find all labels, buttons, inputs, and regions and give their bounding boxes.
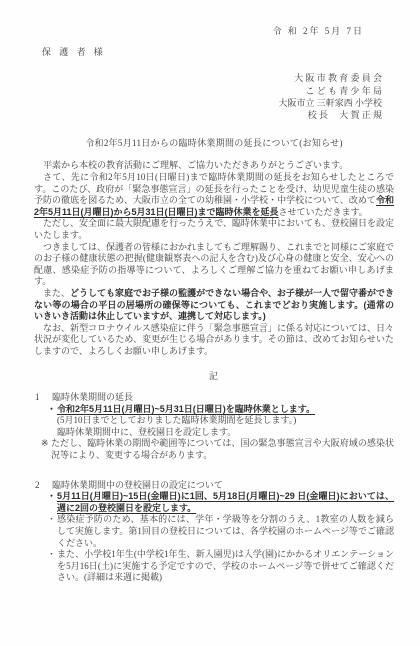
childcare-lead: また、 bbox=[43, 288, 70, 298]
issue-date: 令 和 2年 5月 7日 bbox=[34, 26, 364, 38]
document-page: 令 和 2年 5月 7日 保 護 者 様 大 阪 市 教 育 委 員 会 こ ど… bbox=[0, 0, 420, 646]
section-1-number: 1 bbox=[34, 392, 52, 404]
infection-prevention-bullet: ・ 感染症予防のため、基本的には、学年・学級等を分割のうえ、1教室の人数を減らし… bbox=[47, 514, 394, 549]
section-2-title: 臨時休業期間中の登校園日の設定について bbox=[52, 480, 223, 492]
bullet-marker: ・ bbox=[47, 549, 57, 584]
orientation-bullet: ・ また、小学校1年生(中学校1年生、新入園児)は入学(園)にかかるオリエンテー… bbox=[47, 549, 394, 584]
childcare-emphasis: どうしても家庭でお子様の監護ができない場合や、お子様が一人で留守番ができない等の… bbox=[34, 288, 394, 321]
sender-line-principal: 校 長 大 賀 正 規 bbox=[34, 109, 382, 121]
bullet-marker: ・ bbox=[47, 491, 57, 514]
closure-previous-period-note: (5月10日までとしておりました臨時休業期間を延長します。) bbox=[57, 415, 394, 427]
document-title: 令和2年5月11日からの臨時休業期間の延長について(お知らせ) bbox=[34, 138, 394, 150]
paragraph-greeting: 平素から本校の教育活動にご理解、ご協力いただきありがとうございます。 bbox=[34, 160, 394, 172]
attendance-day-setting-note: 臨時休業期間中に、登校園日を設定します。 bbox=[57, 427, 394, 439]
closure-dates-text: 令和2年5月11日(月曜日)~5月31日(日曜日)を臨時休業とします。 bbox=[57, 404, 394, 416]
section-attendance-days: 2 臨時休業期間中の登校園日の設定について ・ 5月11日(月曜日)~15日(金… bbox=[34, 480, 394, 584]
paragraph-closure-extension: さて、先に令和2年5月10日(日曜日)まで臨時休業期間の延長をお知らせしたところ… bbox=[34, 172, 394, 218]
closure-extension-tail: させていただきます。 bbox=[279, 207, 368, 217]
record-marker: 記 bbox=[34, 371, 394, 383]
paragraph-notice-changes: なお、新型コロナウイルス感染症に伴う「緊急事態宣言」に係る対応については、日々状… bbox=[34, 323, 394, 358]
section-1-heading: 1 臨時休業期間の延長 bbox=[34, 392, 394, 404]
section-2-heading: 2 臨時休業期間中の登校園日の設定について bbox=[34, 480, 394, 492]
section-1-title: 臨時休業期間の延長 bbox=[52, 392, 133, 404]
paragraph-attendance-days: ただし、安全面に最大限配慮を行ったうえで、臨時休業中においても、登校園日を設定い… bbox=[34, 218, 394, 241]
bullet-marker: ・ bbox=[47, 404, 57, 416]
section-closure-extension: 1 臨時休業期間の延長 ・ 令和2年5月11日(月曜日)~5月31日(日曜日)を… bbox=[34, 392, 394, 462]
health-request-text: つきましては、保護者の皆様におかれましてもご理解賜り、これまでと同様にご家庭での… bbox=[34, 242, 394, 287]
caveat-note-text: ただし、臨時休業の期間や範囲等については、国の緊急事態宣言や大阪府域の感染状況等… bbox=[51, 438, 394, 461]
greeting-text: 平素から本校の教育活動にご理解、ご協力いただきありがとうございます。 bbox=[43, 160, 348, 170]
note-marker: ※ bbox=[41, 438, 51, 461]
infection-prevention-text: 感染症予防のため、基本的には、学年・学級等を分割のうえ、1教室の人数を減らして実… bbox=[57, 514, 394, 549]
recipient: 保 護 者 様 bbox=[34, 47, 394, 59]
attendance-days-text: ただし、安全面に最大限配慮を行ったうえで、臨時休業中においても、登校園日を設定い… bbox=[34, 218, 394, 240]
document-body: 平素から本校の教育活動にご理解、ご協力いただきありがとうございます。 さて、先に… bbox=[34, 160, 394, 357]
section-2-number: 2 bbox=[34, 480, 52, 492]
sender-line-bureau: こ ど も 青 少 年 局 bbox=[34, 85, 382, 97]
notice-changes-text: なお、新型コロナウイルス感染症に伴う「緊急事態宣言」に係る対応については、日々状… bbox=[34, 323, 394, 356]
sender-block: 大 阪 市 教 育 委 員 会 こ ど も 青 少 年 局 大阪市立 三軒家西 … bbox=[34, 72, 382, 122]
paragraph-childcare: また、どうしても家庭でお子様の監護ができない場合や、お子様が一人で留守番ができな… bbox=[34, 288, 394, 323]
closure-extension-lead: さて、先に令和2年5月10日(日曜日)まで臨時休業期間の延長をお知らせしたところ… bbox=[34, 172, 394, 205]
bullet-marker: ・ bbox=[47, 514, 57, 549]
paragraph-health-request: つきましては、保護者の皆様におかれましてもご理解賜り、これまでと同様にご家庭での… bbox=[34, 242, 394, 288]
sender-line-organization: 大 阪 市 教 育 委 員 会 bbox=[34, 72, 382, 84]
orientation-text: また、小学校1年生(中学校1年生、新入園児)は入学(園)にかかるオリエンテーショ… bbox=[57, 549, 394, 584]
closure-dates-bullet: ・ 令和2年5月11日(月曜日)~5月31日(日曜日)を臨時休業とします。 bbox=[47, 404, 394, 416]
attendance-schedule-bullet: ・ 5月11日(月曜日)~15日(金曜日)に1回、5月18日(月曜日)~29 日… bbox=[47, 491, 394, 514]
attendance-schedule-text: 5月11日(月曜日)~15日(金曜日)に1回、5月18日(月曜日)~29 日(金… bbox=[57, 491, 394, 514]
caveat-note: ※ ただし、臨時休業の期間や範囲等については、国の緊急事態宣言や大阪府域の感染状… bbox=[41, 438, 394, 461]
sender-line-school: 大阪市立 三軒家西 小学校 bbox=[34, 97, 382, 109]
